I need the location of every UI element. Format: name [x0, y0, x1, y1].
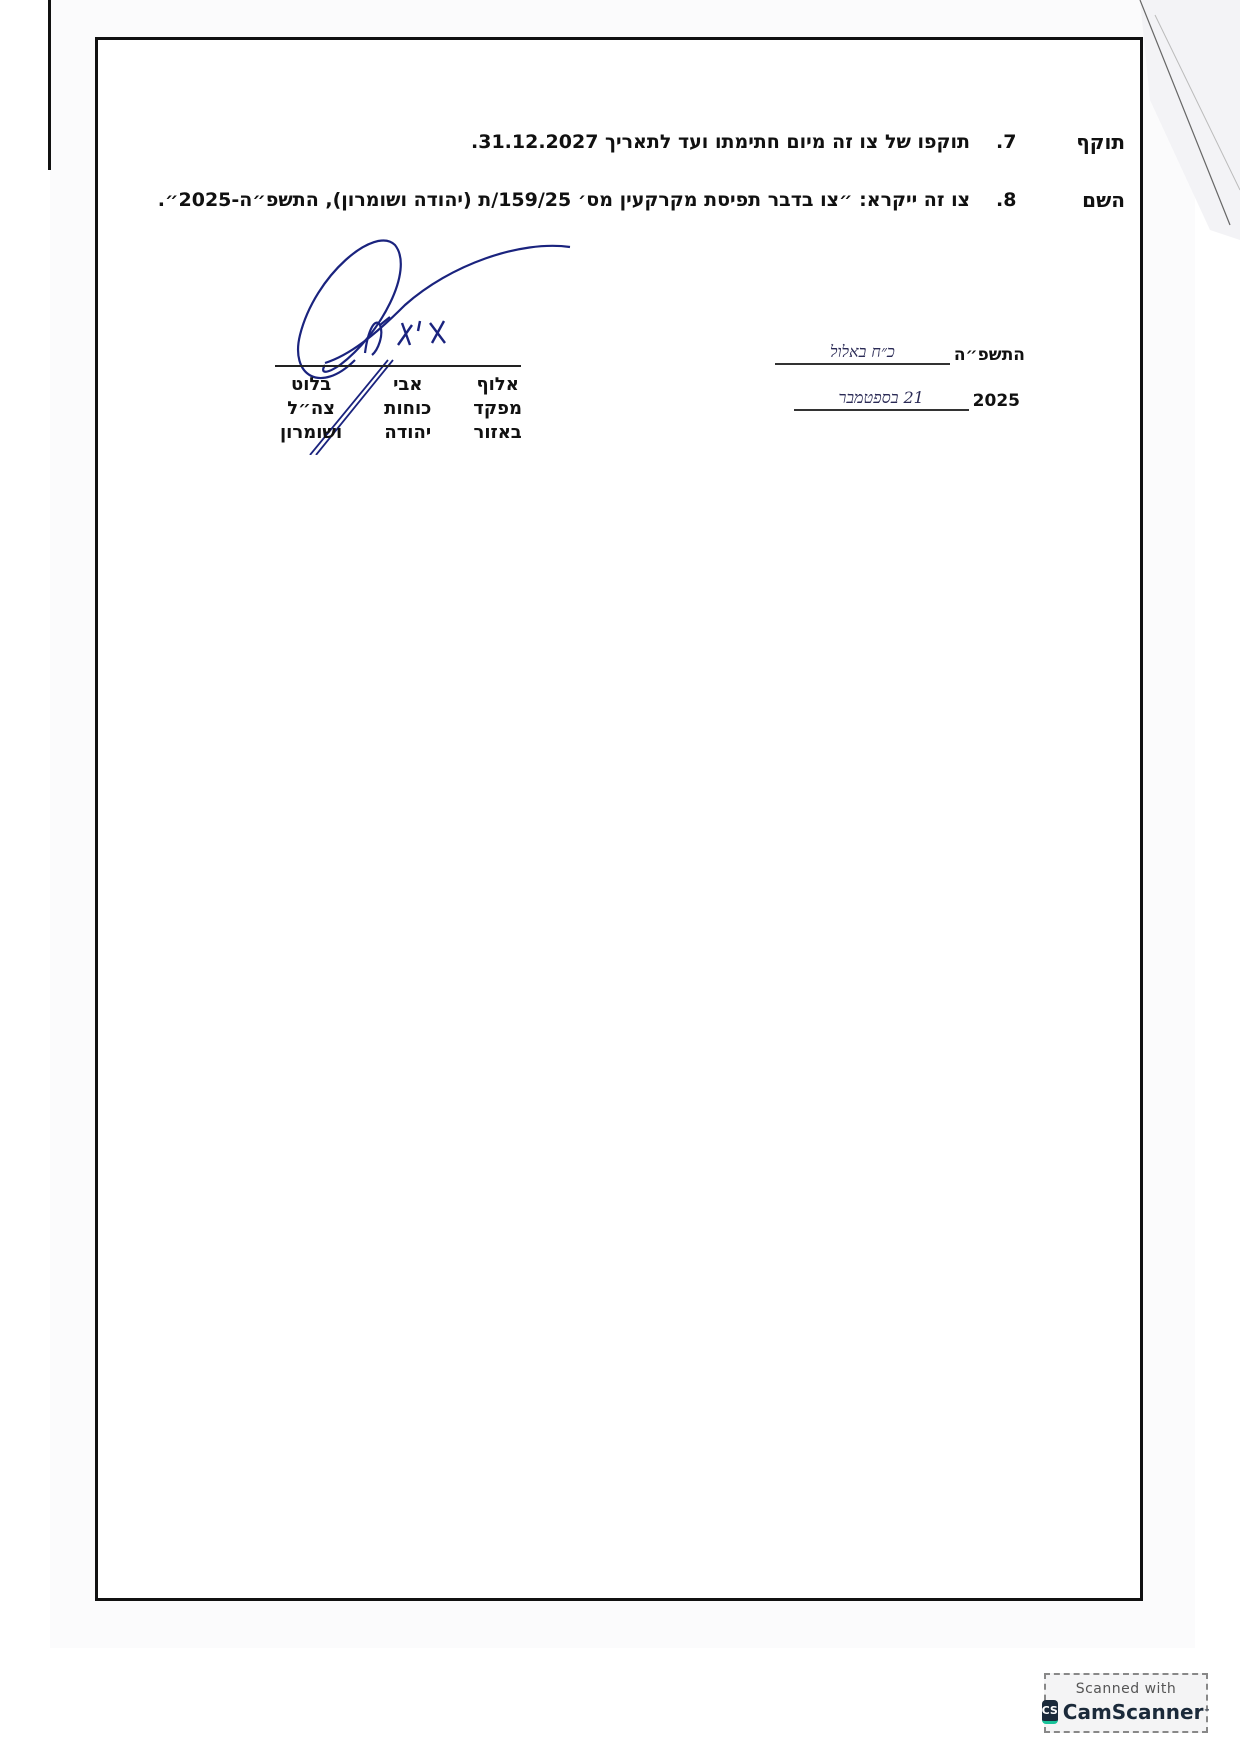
signatory-block: אלוף מפקד באזור אבי כוחות יהודה בלוט צה״…: [280, 373, 522, 445]
signatory-column-1: אלוף מפקד באזור: [473, 373, 522, 445]
scanned-with-text: Scanned with: [1046, 1681, 1206, 1697]
last-name-text: בלוט: [280, 373, 342, 397]
camscanner-logo-icon: CS: [1042, 1700, 1058, 1724]
gregorian-date-row: 2025 21 בספטמבר: [790, 388, 1020, 411]
signatory-column-3: בלוט צה״ל ושומרון: [280, 373, 342, 445]
title-text: יהודה: [384, 421, 431, 445]
section-8-text: צו זה ייקרא: ״צו בדבר תפיסת מקרקעין מס׳ …: [158, 189, 970, 211]
hebrew-year-label: התשפ״ה: [954, 345, 1025, 365]
first-name-text: אבי: [384, 373, 431, 397]
trademark-symbol: ™: [1203, 1708, 1210, 1716]
rank-text: אלוף: [473, 373, 522, 397]
title-text: באזור: [473, 421, 522, 445]
title-text: מפקד: [473, 397, 522, 421]
item-number-8: .8: [996, 189, 1016, 211]
title-text: כוחות: [384, 397, 431, 421]
title-text: צה״ל: [280, 397, 342, 421]
margin-label-name: השם: [1082, 188, 1125, 212]
hebrew-date-row: התשפ״ה כ״ח באלול: [771, 342, 1025, 365]
page-edge-line: [48, 0, 51, 170]
title-text: ושומרון: [280, 421, 342, 445]
gregorian-year-label: 2025: [973, 391, 1020, 411]
camscanner-brand: CamScanner: [1063, 1700, 1204, 1724]
document-frame: [95, 37, 1143, 1601]
gregorian-date-handwritten: 21 בספטמבר: [794, 388, 969, 411]
signatory-column-2: אבי כוחות יהודה: [384, 373, 431, 445]
camscanner-watermark: Scanned with CS CamScanner ™: [1044, 1673, 1208, 1733]
signature-line: [275, 365, 521, 367]
hebrew-date-handwritten: כ״ח באלול: [775, 342, 950, 365]
section-7-text: תוקפו של צו זה מיום חתימתו ועד לתאריך 31…: [471, 131, 970, 153]
margin-label-validity: תוקף: [1076, 130, 1125, 154]
item-number-7: .7: [996, 131, 1016, 153]
